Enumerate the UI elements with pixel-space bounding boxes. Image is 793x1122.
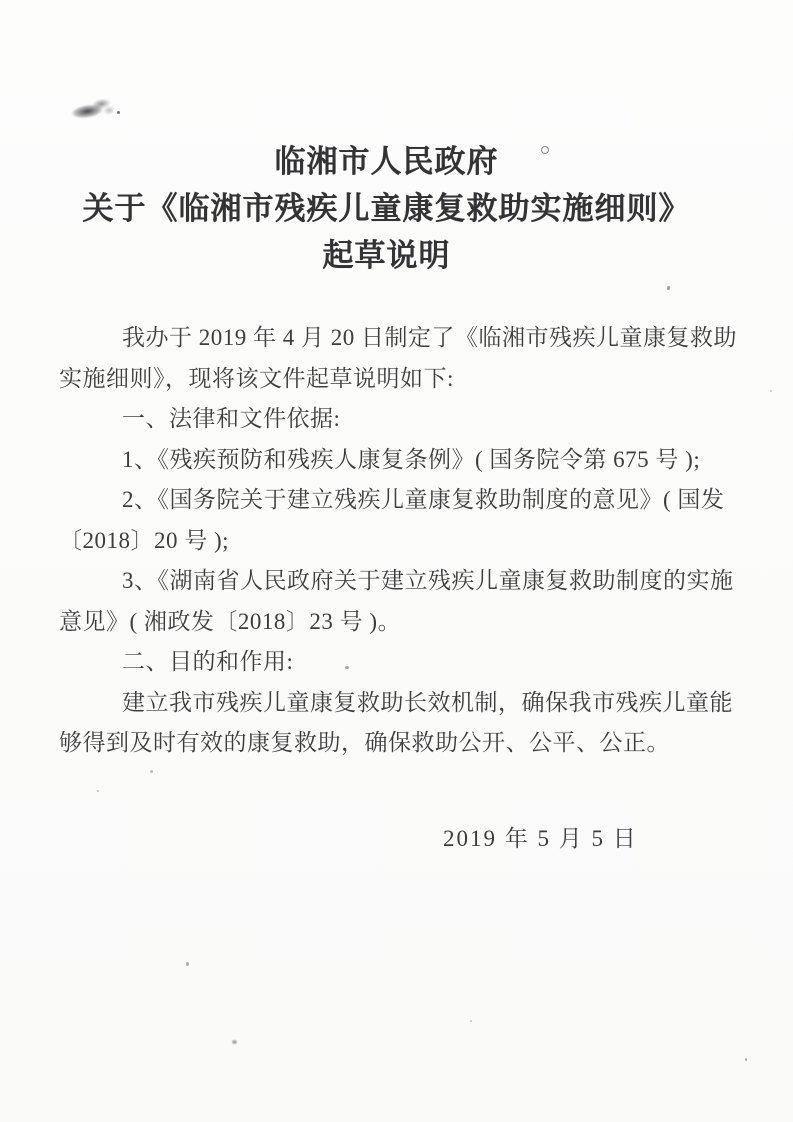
- scan-speck: [97, 790, 99, 792]
- scanned-document-page: 临湘市人民政府 关于《临湘市残疾儿童康复救助实施细则》 起草说明 我办于 201…: [0, 0, 793, 1122]
- body-line-7-list-item-3: 3、《湖南省人民政府关于建立残疾儿童康复救助制度的实施: [59, 561, 749, 602]
- scan-speck: [745, 1058, 747, 1061]
- title-doc-type: 起草说明: [0, 232, 783, 279]
- scan-speck: [666, 286, 670, 291]
- scan-speck: [232, 1040, 237, 1044]
- body-line-4-list-item-1: 1、《残疾预防和残疾人康复条例》( 国务院令第 675 号 );: [59, 440, 749, 481]
- body-line-2: 实施细则》，现将该文件起草说明如下:: [59, 359, 749, 400]
- body-line-9-section-heading: 二、目的和作用:: [59, 642, 749, 683]
- title-issuer: 临湘市人民政府: [0, 138, 783, 185]
- body-line-1: 我办于 2019 年 4 月 20 日制定了《临湘市残疾儿童康复救助: [59, 318, 749, 359]
- body-line-10: 建立我市残疾儿童康复救助长效机制，确保我市残疾儿童能: [59, 683, 749, 724]
- ink-dot-artifact: [117, 111, 120, 114]
- document-date: 2019 年 5 月 5 日: [443, 825, 638, 853]
- body-line-5-list-item-2: 2、《国务院关于建立残疾儿童康复救助制度的意见》( 国发: [59, 480, 749, 521]
- document-title: 临湘市人民政府 关于《临湘市残疾儿童康复救助实施细则》 起草说明: [0, 138, 783, 279]
- body-line-3-section-heading: 一、法律和文件依据:: [59, 399, 749, 440]
- scan-speck: [150, 770, 153, 773]
- body-line-8: 意见》( 湘政发〔2018〕23 号 )。: [59, 602, 749, 643]
- scan-speck: [186, 962, 189, 966]
- ink-smudge-artifact: [70, 96, 115, 122]
- body-line-6: 〔2018〕20 号 );: [59, 521, 749, 562]
- body-line-11: 够得到及时有效的康复救助，确保救助公开、公平、公正。: [59, 723, 749, 764]
- title-subject: 关于《临湘市残疾儿童康复救助实施细则》: [0, 185, 783, 232]
- document-body: 我办于 2019 年 4 月 20 日制定了《临湘市残疾儿童康复救助 实施细则》…: [59, 318, 749, 764]
- scan-speck: [470, 1020, 472, 1022]
- scan-speck: [770, 390, 772, 392]
